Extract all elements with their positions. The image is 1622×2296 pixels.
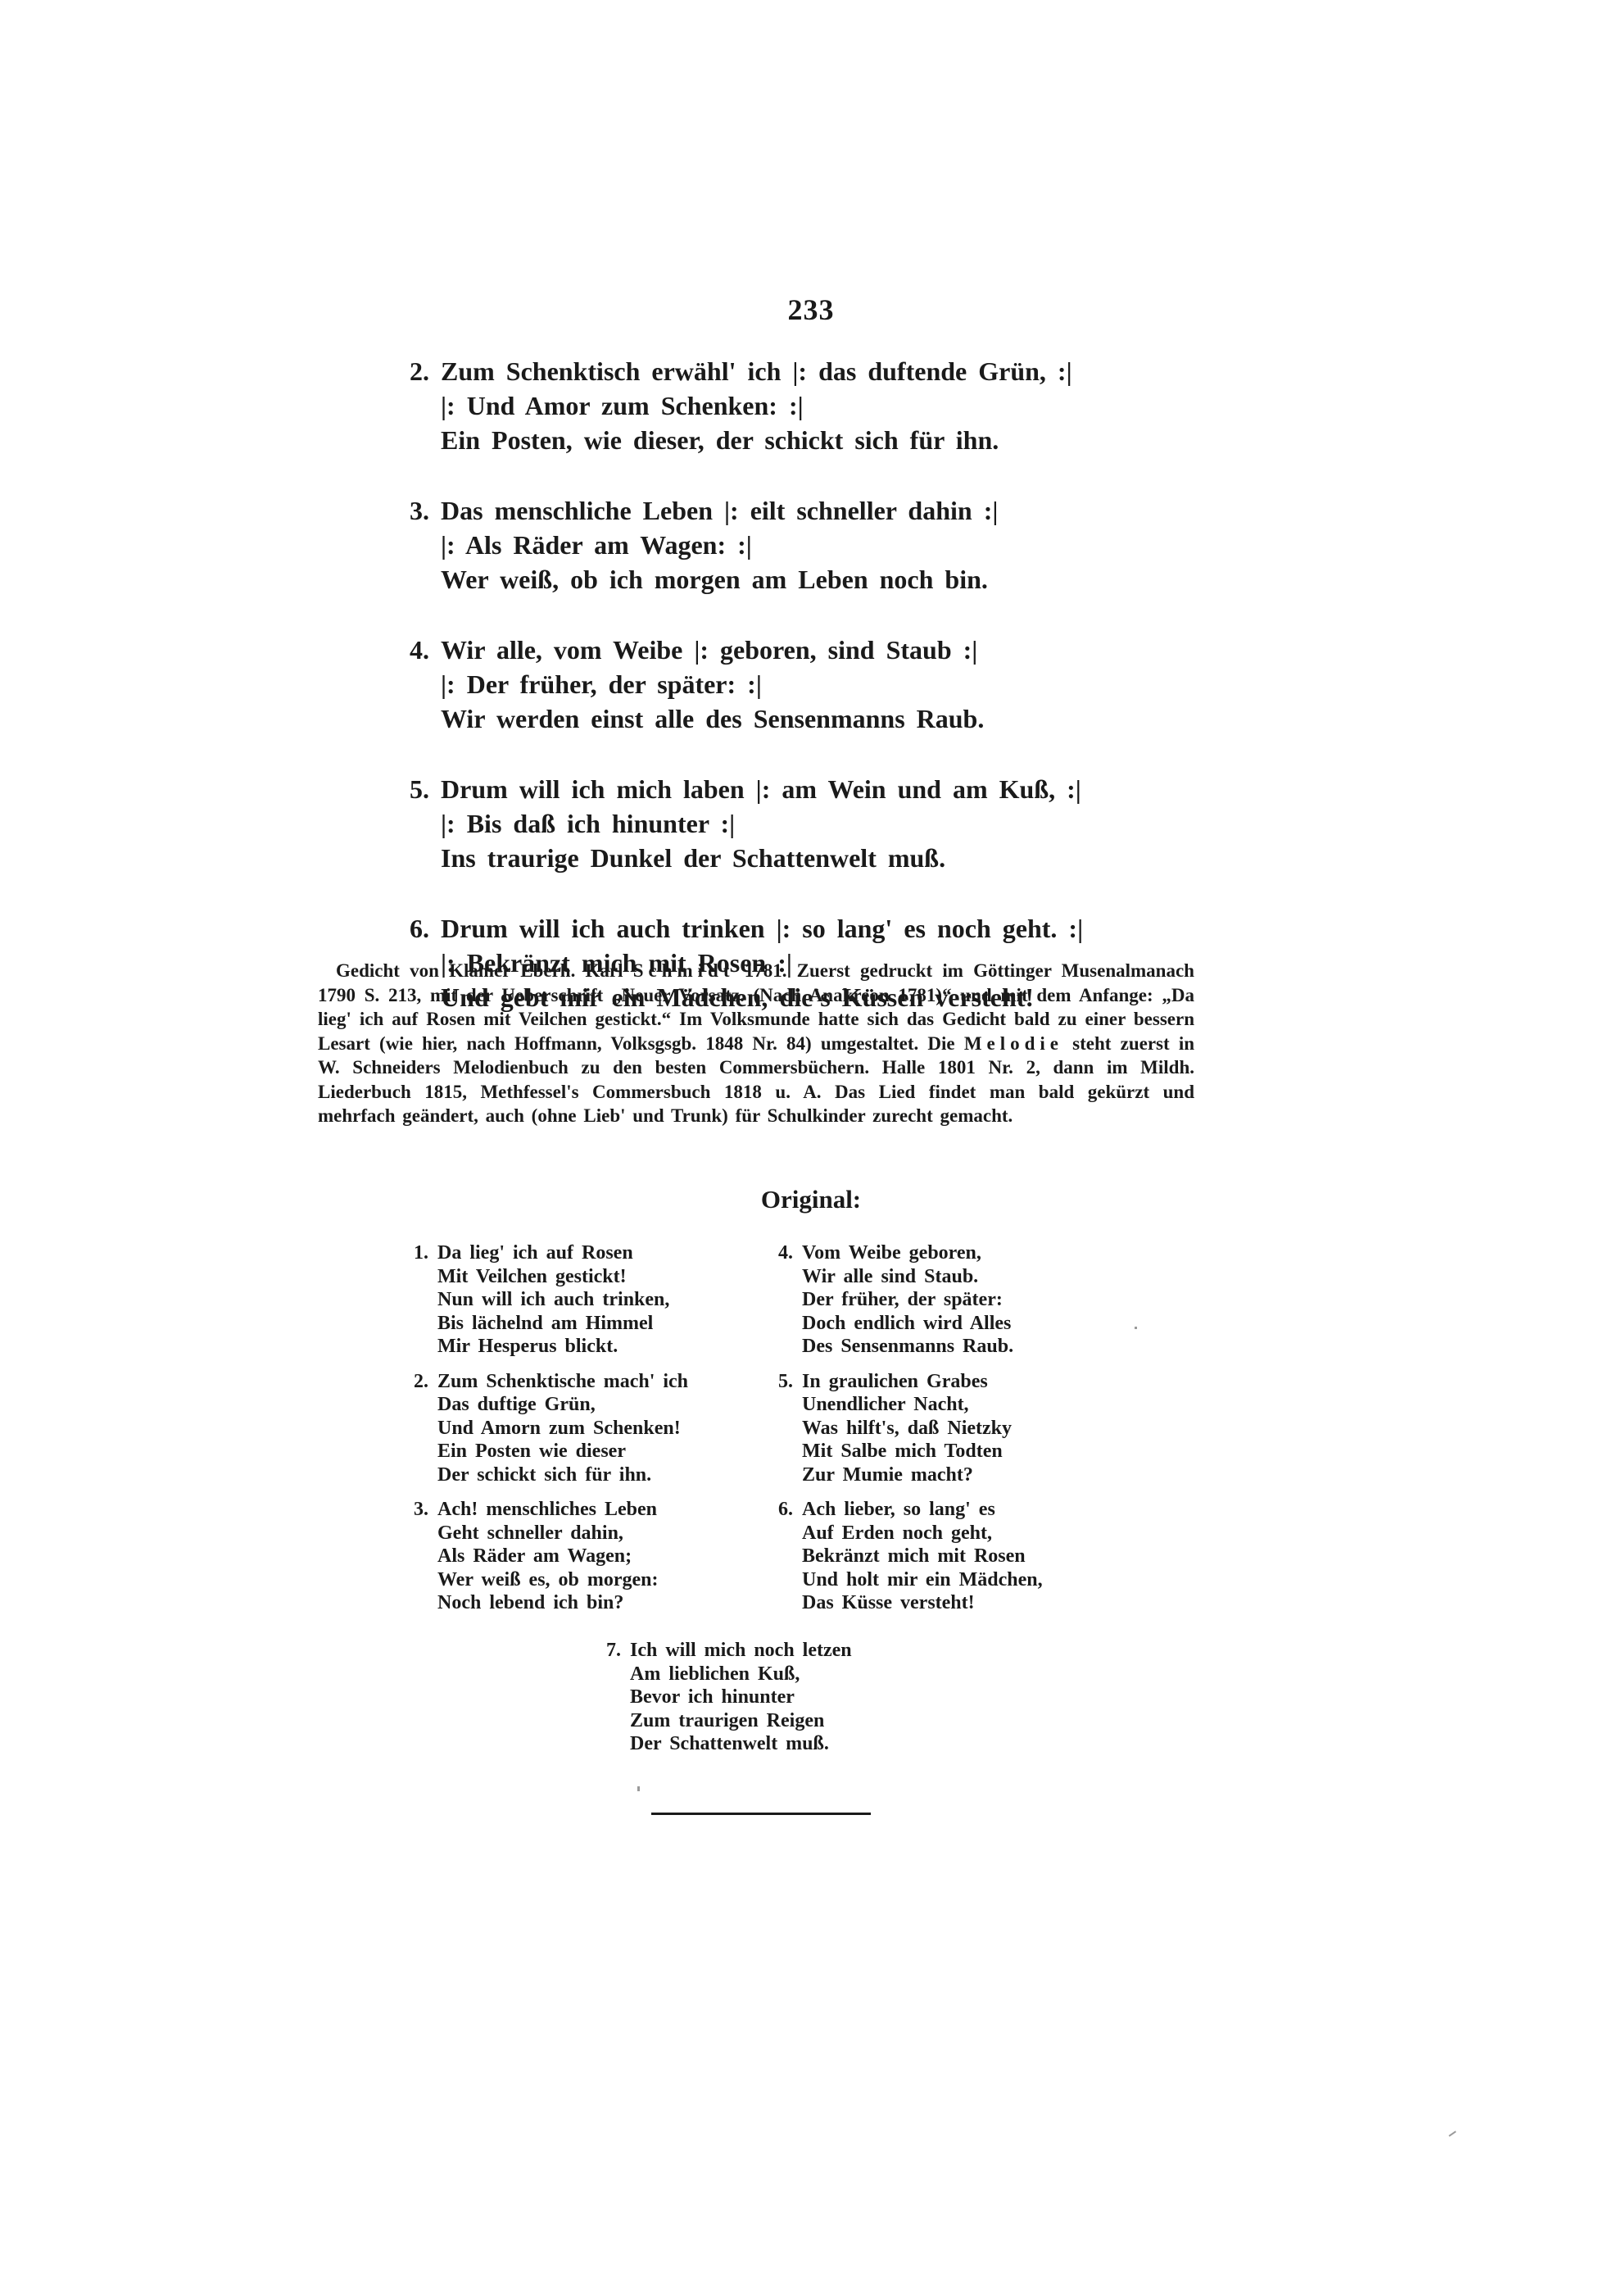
stanza-number: 4. (778, 1241, 802, 1265)
editorial-note: Gedicht von Klamer Eberh. Karl Schmidt 1… (318, 959, 1194, 1128)
verse-line: 6.Ach lieber, so lang' es (778, 1498, 1043, 1522)
stanza-number: 5. (410, 772, 441, 806)
song-stanza: 5.Drum will ich mich laben |: am Wein un… (410, 772, 1147, 875)
note-text: Gedicht von Klamer Eberh. Karl (336, 960, 633, 981)
verse-line: Ein Posten wie dieser (414, 1440, 688, 1463)
original-heading: Original: (0, 1185, 1622, 1214)
emphasized-text: Melodie (964, 1033, 1063, 1054)
scan-speck (1448, 2130, 1456, 2136)
verse-line: Nun will ich auch trinken, (414, 1288, 688, 1312)
verse-line: Als Räder am Wagen; (414, 1545, 688, 1568)
verse-line: |: Und Amor zum Schenken: :| (410, 388, 1147, 423)
song-stanzas: 2.Zum Schenktisch erwähl' ich |: das duf… (410, 354, 1147, 1050)
verse-line: Der Schattenwelt muß. (606, 1732, 852, 1756)
verse-line: Der schickt sich für ihn. (414, 1463, 688, 1487)
verse-line: Bis lächelnd am Himmel (414, 1312, 688, 1336)
stanza-number: 3. (414, 1498, 437, 1522)
verse-line: Mir Hesperus blickt. (414, 1335, 688, 1359)
verse-line: Wer weiß, ob ich morgen am Leben noch bi… (410, 562, 1147, 597)
verse-line: 5.Drum will ich mich laben |: am Wein un… (410, 772, 1147, 806)
verse-line: Und Amorn zum Schenken! (414, 1417, 688, 1441)
original-stanza: 3.Ach! menschliches LebenGeht schneller … (414, 1498, 688, 1615)
verse-line: 4.Wir alle, vom Weibe |: geboren, sind S… (410, 633, 1147, 667)
stanza-number: 3. (410, 493, 441, 528)
original-left-column: 1.Da lieg' ich auf RosenMit Veilchen ges… (414, 1241, 688, 1627)
original-stanza: 1.Da lieg' ich auf RosenMit Veilchen ges… (414, 1241, 688, 1359)
end-rule-divider (651, 1813, 871, 1815)
verse-line: |: Als Räder am Wagen: :| (410, 528, 1147, 562)
verse-line: Wer weiß es, ob morgen: (414, 1568, 688, 1592)
verse-line: Wir alle sind Staub. (778, 1265, 1043, 1289)
stanza-number: 1. (414, 1241, 437, 1265)
verse-line: 3.Ach! menschliches Leben (414, 1498, 688, 1522)
emphasized-text: Schmidt (633, 960, 735, 981)
stanza-number: 5. (778, 1370, 802, 1394)
verse-line: Der früher, der später: (778, 1288, 1043, 1312)
verse-line: Das Küsse versteht! (778, 1591, 1043, 1615)
verse-line: 2.Zum Schenktische mach' ich (414, 1370, 688, 1394)
verse-line: Zur Mumie macht? (778, 1463, 1043, 1487)
original-right-column: 4.Vom Weibe geboren,Wir alle sind Staub.… (778, 1241, 1043, 1627)
verse-line: Am lieblichen Kuß, (606, 1663, 852, 1686)
verse-line: 5.In graulichen Grabes (778, 1370, 1043, 1394)
verse-line: 2.Zum Schenktisch erwähl' ich |: das duf… (410, 354, 1147, 388)
verse-line: Mit Veilchen gestickt! (414, 1265, 688, 1289)
original-stanza: 4.Vom Weibe geboren,Wir alle sind Staub.… (778, 1241, 1043, 1359)
verse-line: |: Der früher, der später: :| (410, 667, 1147, 701)
verse-line: Noch lebend ich bin? (414, 1591, 688, 1615)
verse-line: Was hilft's, daß Nietzky (778, 1417, 1043, 1441)
stanza-number: 4. (410, 633, 441, 667)
original-stanza: 6.Ach lieber, so lang' esAuf Erden noch … (778, 1498, 1043, 1615)
verse-line: Bekränzt mich mit Rosen (778, 1545, 1043, 1568)
stanza-number: 6. (410, 911, 441, 946)
verse-line: Zum traurigen Reigen (606, 1709, 852, 1733)
verse-line: Doch endlich wird Alles (778, 1312, 1043, 1336)
verse-line: 7.Ich will mich noch letzen (606, 1639, 852, 1663)
stanza-number: 2. (414, 1370, 437, 1394)
song-stanza: 3.Das menschliche Leben |: eilt schnelle… (410, 493, 1147, 597)
scan-speck (637, 1786, 640, 1791)
original-stanza: 7.Ich will mich noch letzenAm lieblichen… (606, 1639, 852, 1756)
original-stanza: 2.Zum Schenktische mach' ichDas duftige … (414, 1370, 688, 1487)
verse-line: Mit Salbe mich Todten (778, 1440, 1043, 1463)
original-stanza: 5.In graulichen GrabesUnendlicher Nacht,… (778, 1370, 1043, 1487)
stanza-number: 6. (778, 1498, 802, 1522)
verse-line: Ins traurige Dunkel der Schattenwelt muß… (410, 841, 1147, 875)
verse-line: Bevor ich hinunter (606, 1686, 852, 1709)
original-final-stanza: 7.Ich will mich noch letzenAm lieblichen… (606, 1639, 852, 1767)
verse-line: Des Sensenmanns Raub. (778, 1335, 1043, 1359)
song-stanza: 2.Zum Schenktisch erwähl' ich |: das duf… (410, 354, 1147, 457)
stanza-number: 7. (606, 1639, 630, 1663)
verse-line: 4.Vom Weibe geboren, (778, 1241, 1043, 1265)
verse-line: Und holt mir ein Mädchen, (778, 1568, 1043, 1592)
verse-line: 6.Drum will ich auch trinken |: so lang'… (410, 911, 1147, 946)
verse-line: Unendlicher Nacht, (778, 1393, 1043, 1417)
verse-line: Das duftige Grün, (414, 1393, 688, 1417)
song-stanza: 4.Wir alle, vom Weibe |: geboren, sind S… (410, 633, 1147, 736)
page-number: 233 (0, 293, 1622, 327)
stanza-number: 2. (410, 354, 441, 388)
verse-line: Auf Erden noch geht, (778, 1522, 1043, 1545)
verse-line: Geht schneller dahin, (414, 1522, 688, 1545)
verse-line: 1.Da lieg' ich auf Rosen (414, 1241, 688, 1265)
scan-speck (1135, 1327, 1137, 1329)
verse-line: 3.Das menschliche Leben |: eilt schnelle… (410, 493, 1147, 528)
verse-line: Ein Posten, wie dieser, der schickt sich… (410, 423, 1147, 457)
verse-line: |: Bis daß ich hinunter :| (410, 806, 1147, 841)
verse-line: Wir werden einst alle des Sensenmanns Ra… (410, 701, 1147, 736)
